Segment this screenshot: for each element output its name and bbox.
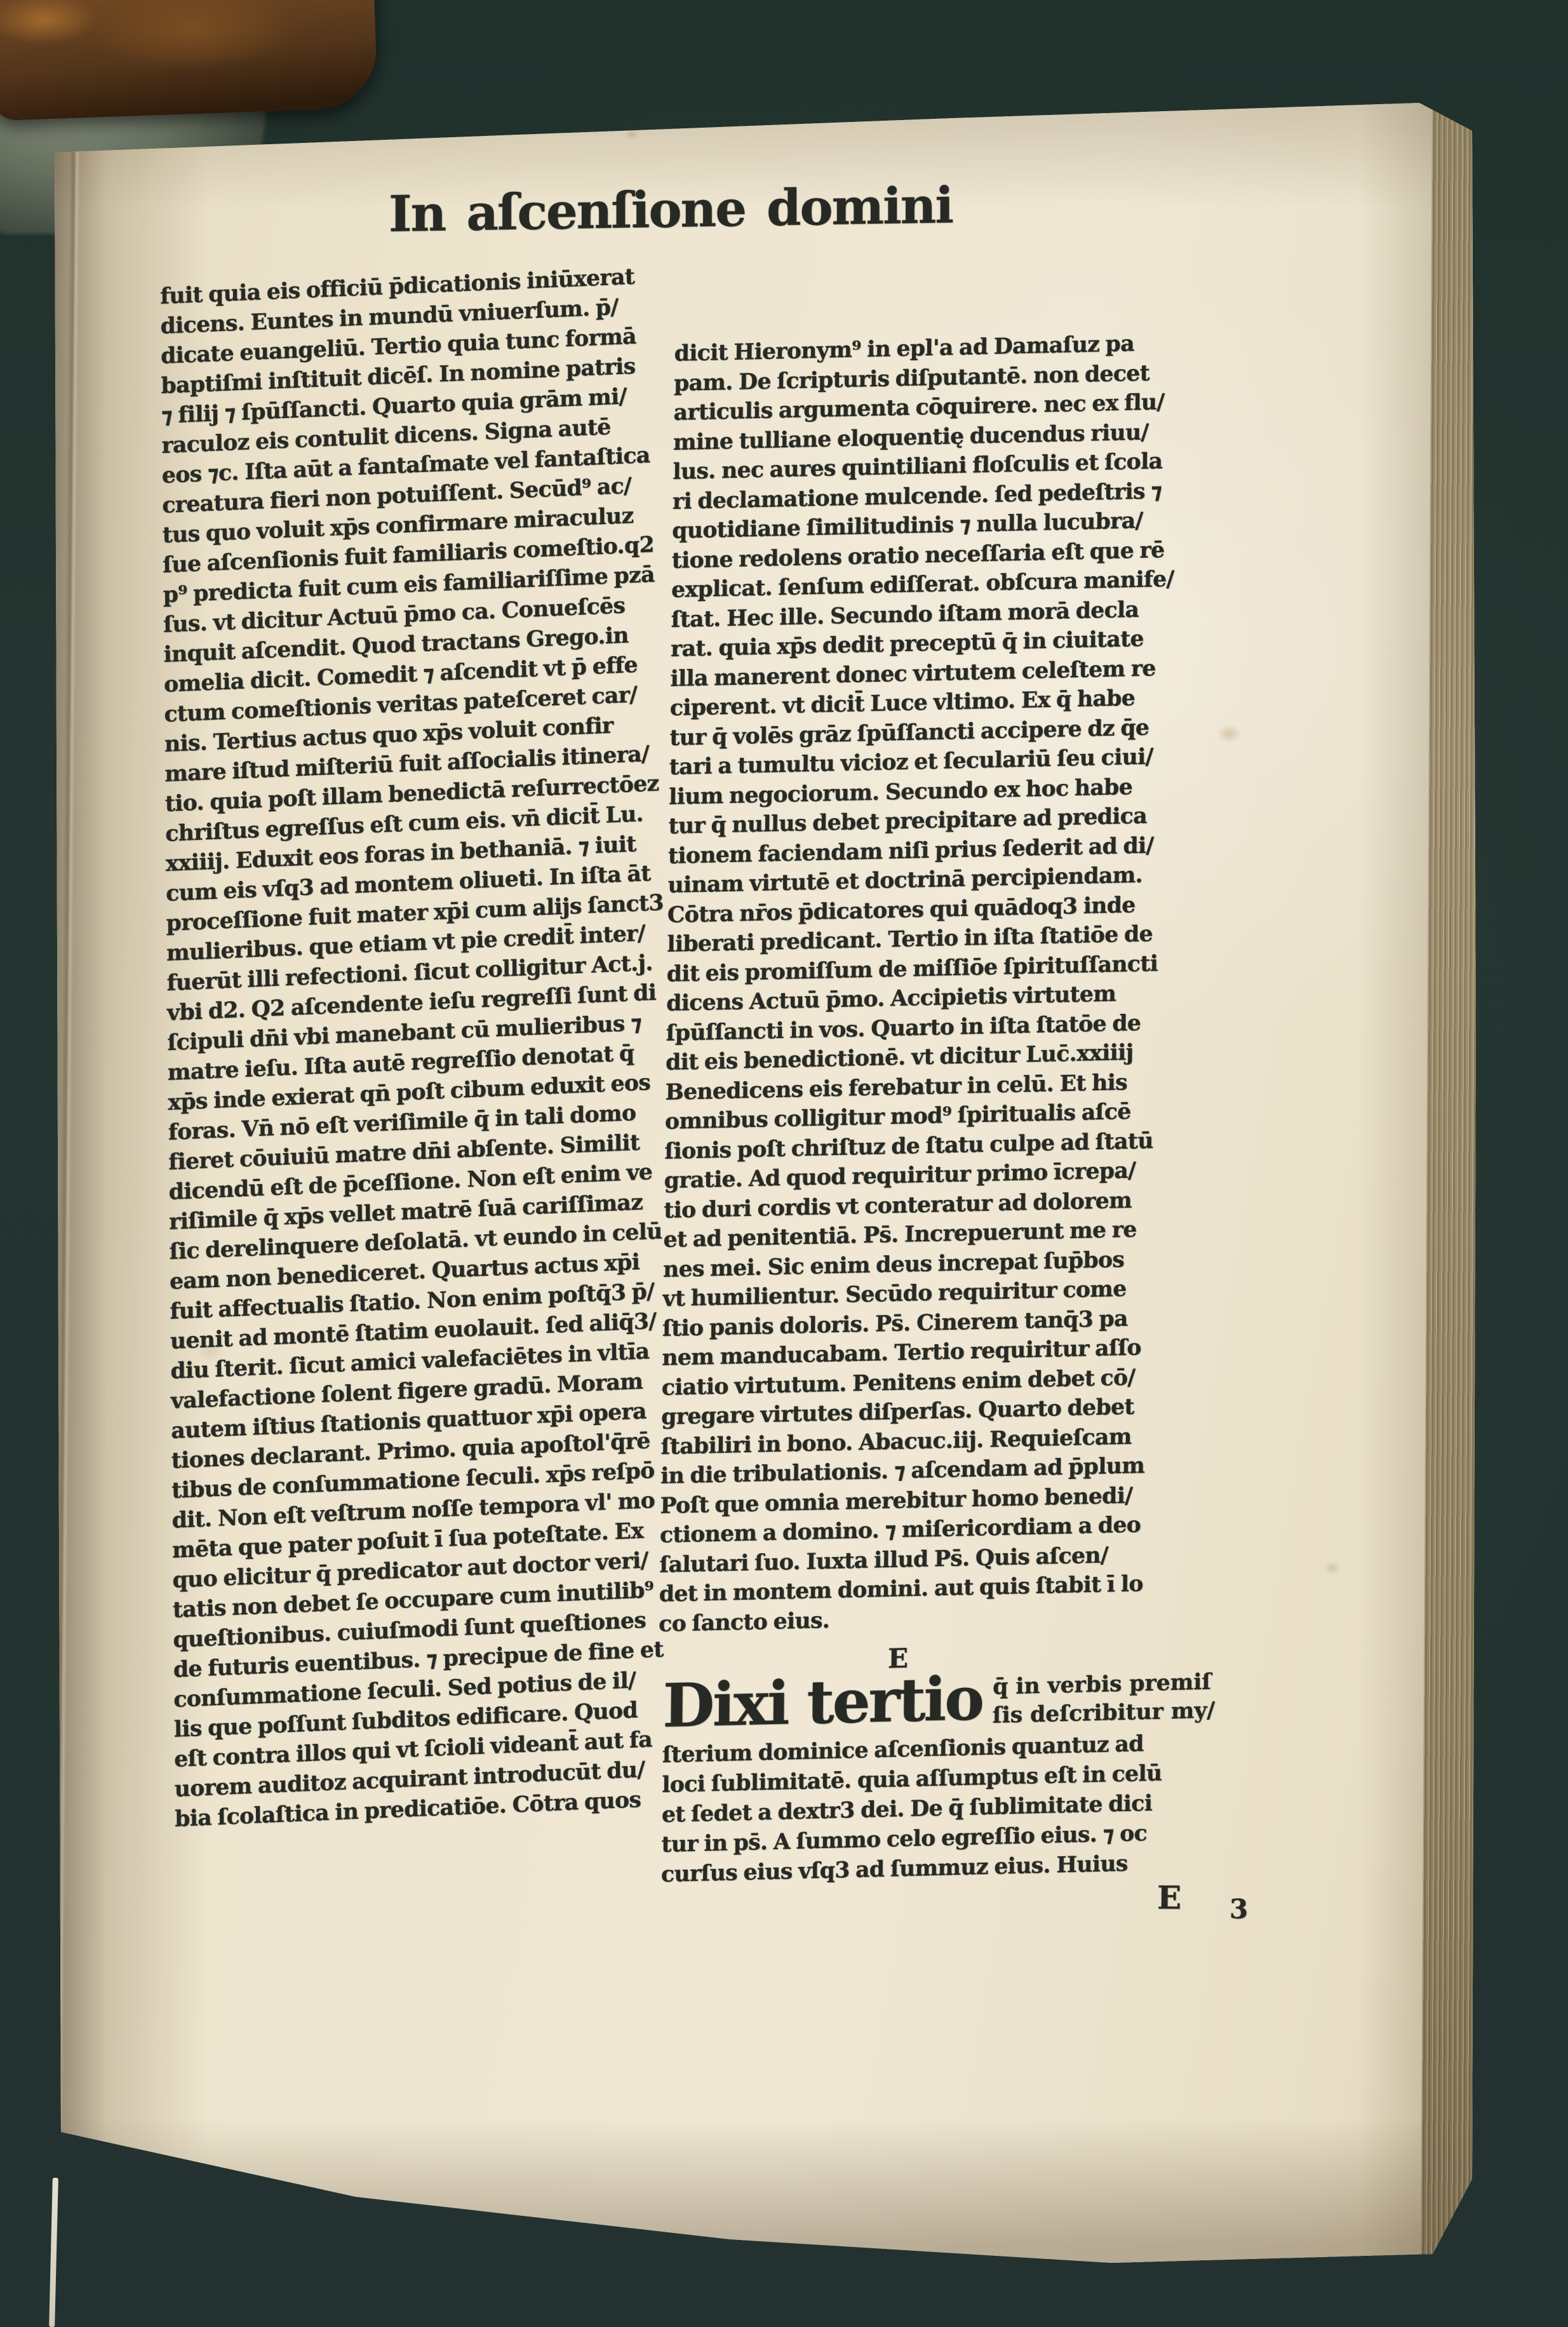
text-column-right: dicit Hieronym⁹ in epl'a ad Damaſuz pa p… [659,328,1177,1639]
section-initial-words: Dixi tertio [662,1671,982,1735]
text-column-left: fuit quia eis officiū p̄dicationis iniūx… [160,261,673,1835]
page-heading: In aſcenſione domini [389,177,953,243]
dixi-tertio-section: Dixi tertio q̄ in verbis premiſ ſis deſc… [661,1665,1235,1890]
leather-binding [0,0,378,121]
signature-number: 3 [1230,1893,1249,1924]
section-side-lines: q̄ in verbis premiſ ſis deſcribitur my/ [993,1666,1216,1730]
photo-backdrop: In aſcenſione domini fuit quia eis offic… [0,0,1568,2327]
bookmark-ribbon [49,2178,58,2327]
quire-signature: E3 [1157,1878,1249,1924]
book-page: In aſcenſione domini fuit quia eis offic… [0,0,1568,2327]
section-head: Dixi tertio q̄ in verbis premiſ ſis deſc… [662,1665,1235,1738]
signature-letter: E [1157,1878,1182,1916]
section-body-lines: ſterium dominice aſcenſionis quantuz ad … [661,1727,1235,1890]
